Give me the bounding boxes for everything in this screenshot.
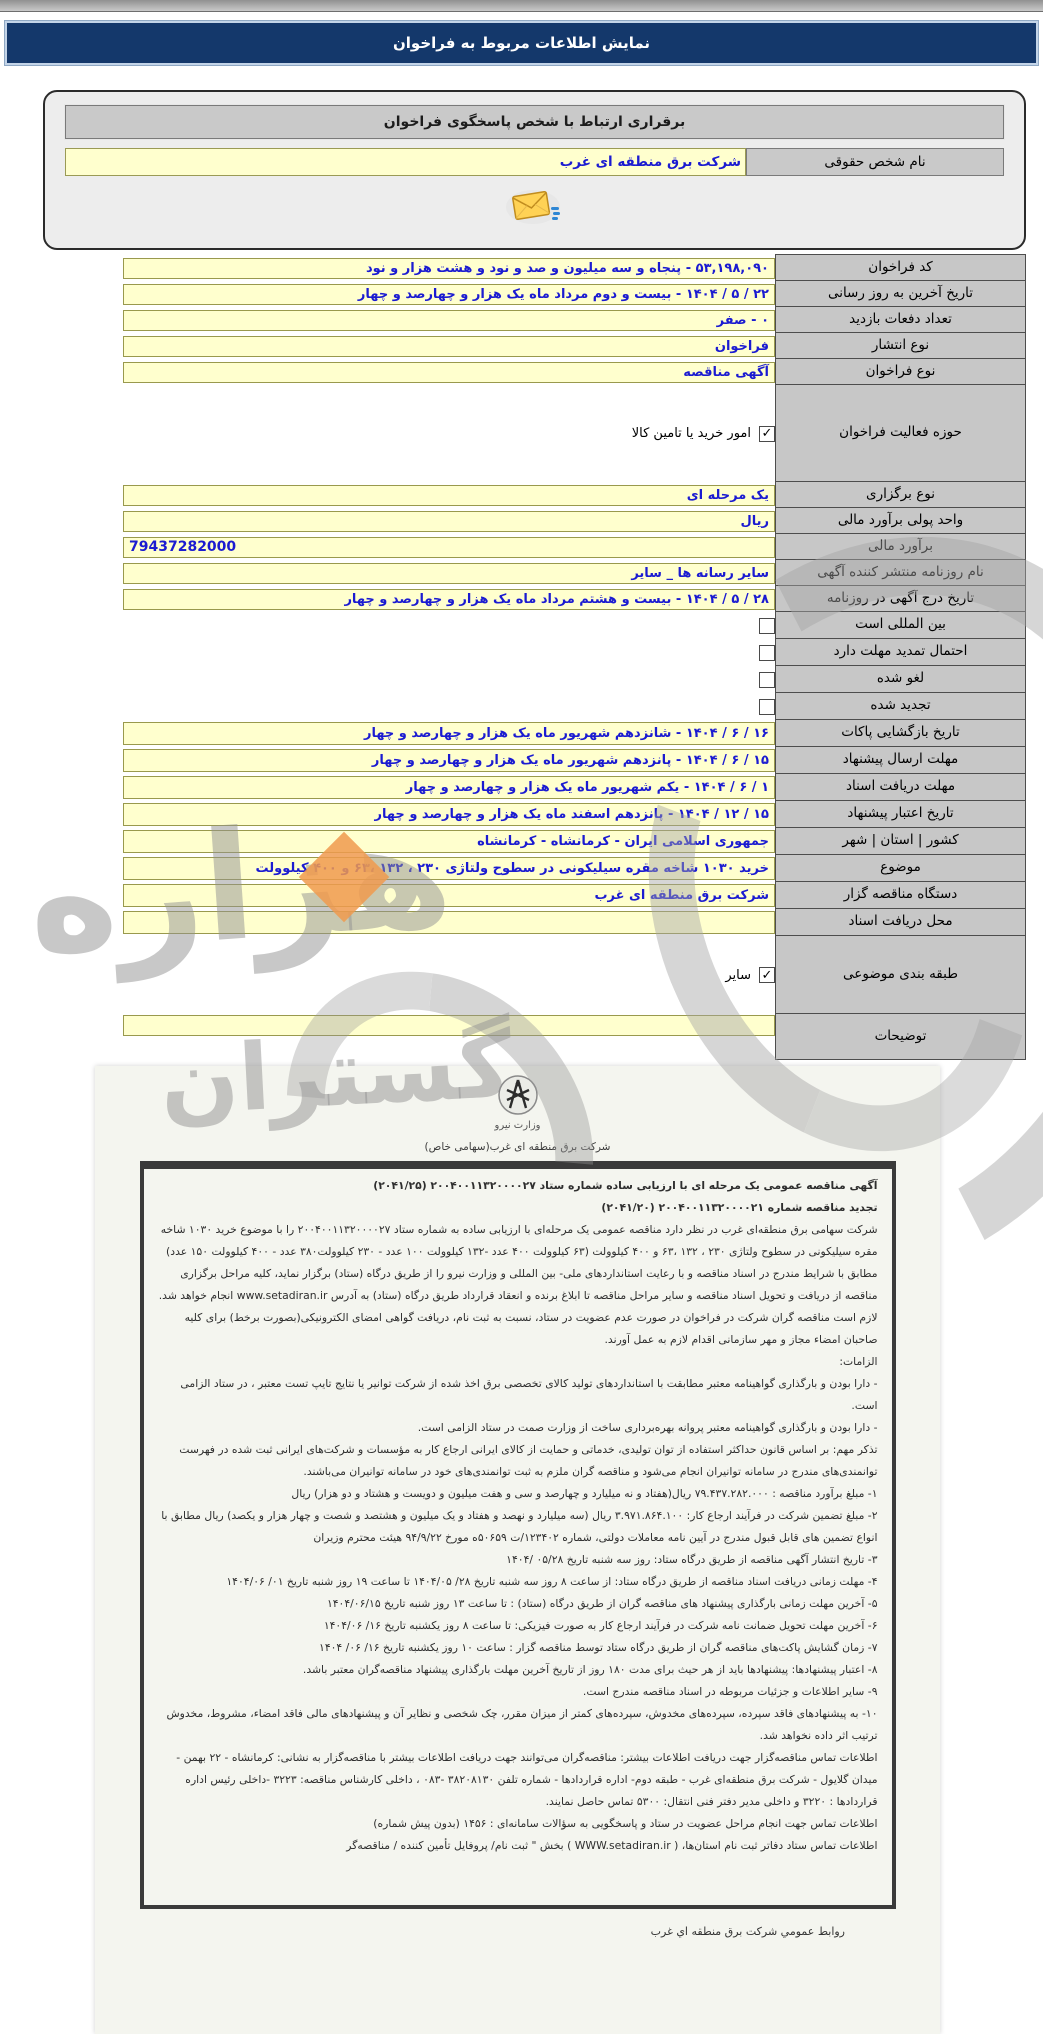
opening-date-label: تاریخ بازگشایی پاکات [775,719,1026,747]
call-info-table: کد فراخوان۵۳,۱۹۸,۰۹۰ - پنجاه و سه میلیون… [123,255,1026,1060]
international-label: بین المللی است [775,611,1026,639]
category-checkbox[interactable]: ✓ [759,967,775,983]
legal-name-row: نام شخص حقوقی شرکت برق منطقه ای غرب [65,148,1004,176]
stage-type-label: نوع برگزاری [775,481,1026,508]
announcement-paragraph: تذکر مهم: بر اساس قانون حداکثر استفاده ا… [158,1439,878,1483]
company-name: شرکت برق منطقه ای غرب(سهامی خاص) [95,1141,940,1153]
announcement-title-line2: تجدید مناقصه شماره ۲۰۰۴۰۰۱۱۳۲۰۰۰۰۲۱ (۲۰۴… [158,1197,878,1219]
row-renewed: تجدید شده [123,693,1026,720]
announcement-box: آگهی مناقصه عمومی یک مرحله ای با ارزیابی… [140,1161,896,1909]
ministry-of-energy-logo-icon [497,1074,539,1116]
row-extension-possible: احتمال تمدید مهلت دارد [123,639,1026,666]
currency-label: واحد پولی برآورد مالی [775,507,1026,534]
row-docs-place: محل دریافت اسناد [123,909,1026,936]
docs-place-value [123,911,775,934]
opening-date-value: ۱۶ / ۶ / ۱۴۰۴ - شانزدهم شهریور ماه یک هز… [123,722,775,745]
announcement-paragraph: ۷- زمان گشایش پاکت‌های مناقصه گران از طر… [158,1637,878,1659]
estimate-label: برآورد مالی [775,533,1026,560]
announcement-paragraph: اطلاعات تماس ستاد دفاتر ثبت نام استان‌ها… [158,1835,878,1857]
contact-panel-header: برقراری ارتباط با شخص پاسخگوی فراخوان [65,105,1004,139]
row-subject: موضوعخرید ۱۰۳۰ شاخه مقره سیلیکونی در سطو… [123,855,1026,882]
activity-area-checkbox[interactable]: ✓ [759,426,775,442]
row-notes: توضیحات [123,1014,1026,1060]
docs-place-label: محل دریافت اسناد [775,908,1026,936]
announcement-paragraph: لازم است مناقصه گران شرکت در فراخوان در … [158,1307,878,1351]
row-activity-area: حوزه فعالیت فراخوان ✓ امور خرید یا تامین… [123,385,1026,482]
location-label: کشور | استان | شهر [775,827,1026,855]
subject-label: موضوع [775,854,1026,882]
subject-value: خرید ۱۰۳۰ شاخه مقره سیلیکونی در سطوح ولت… [123,857,775,880]
location-value: جمهوری اسلامی ایران - کرمانشاه - کرمانشا… [123,830,775,853]
row-estimate: برآورد مالی79437282000 [123,534,1026,560]
page-title: نمایش اطلاعات مربوط به فراخوان [5,21,1038,65]
announcement-paragraph: - دارا بودن و بارگذاری گواهینامه معتبر پ… [158,1417,878,1439]
announcement-paragraph: - دارا بودن و بارگذاری گواهینامه معتبر م… [158,1373,878,1417]
contact-panel: برقراری ارتباط با شخص پاسخگوی فراخوان نا… [43,90,1026,250]
row-currency: واحد پولی برآورد مالیریال [123,508,1026,534]
newspaper-date-value: ۲۸ / ۵ / ۱۴۰۴ - بیست و هشتم مرداد ماه یک… [123,589,775,610]
announcement-paragraph: اطلاعات تماس مناقصه‌گزار جهت دریافت اطلا… [158,1747,878,1813]
document-footer: روابط عمومي شركت برق منطقه اي غرب [95,1909,940,1938]
docs-deadline-value: ۱ / ۶ / ۱۴۰۴ - یکم شهریور ماه یک هزار و … [123,776,775,799]
last-update-label: تاریخ آخرین به روز رسانی [775,280,1026,307]
row-international: بین المللی است [123,612,1026,639]
publish-type-label: نوع انتشار [775,332,1026,359]
row-newspaper-date: تاریخ درج آگهی در روزنامه۲۸ / ۵ / ۱۴۰۴ -… [123,586,1026,612]
announcement-paragraph: ۱- مبلغ برآورد مناقصه : ۷۹.۴۳۷.۲۸۲.۰۰۰ ر… [158,1483,878,1505]
row-newspaper: نام روزنامه منتشر کننده آگهیسایر رسانه ه… [123,560,1026,586]
submit-deadline-label: مهلت ارسال پیشنهاد [775,746,1026,774]
renewed-checkbox[interactable] [759,699,775,715]
notes-value [123,1015,775,1036]
announcement-paragraph: شرکت سهامی برق منطقه‌ای غرب در نظر دارد … [158,1219,878,1307]
stage-type-value: یک مرحله ای [123,485,775,506]
public-relations-signature: روابط عمومي شركت برق منطقه اي غرب [651,1925,845,1938]
newspaper-date-label: تاریخ درج آگهی در روزنامه [775,585,1026,612]
announcement-paragraph: ۴- مهلت زمانی دریافت اسناد مناقصه از طری… [158,1571,878,1593]
contact-panel-title: برقراری ارتباط با شخص پاسخگوی فراخوان [384,114,685,130]
announcement-paragraph: ۲- مبلغ تضمین شرکت در فرآیند ارجاع کار: … [158,1505,878,1549]
announcement-paragraph: ۸- اعتبار پیشنهادها: پیشنهادها باید از ه… [158,1659,878,1681]
bid-validity-label: تاریخ اعتبار پیشنهاد [775,800,1026,828]
row-location: کشور | استان | شهرجمهوری اسلامی ایران - … [123,828,1026,855]
row-visit-count: تعداد دفعات بازدید۰ - صفر [123,307,1026,333]
announcement-paragraph: ۳- تاریخ انتشار آگهی مناقصه از طریق درگا… [158,1549,878,1571]
document-header: وزارت نیرو شرکت برق منطقه ای غرب(سهامی خ… [95,1066,940,1153]
international-checkbox[interactable] [759,618,775,634]
agency-value: شرکت برق منطقه ای غرب [123,884,775,907]
submit-deadline-value: ۱۵ / ۶ / ۱۴۰۴ - پانزدهم شهریور ماه یک هز… [123,749,775,772]
row-opening-date: تاریخ بازگشایی پاکات۱۶ / ۶ / ۱۴۰۴ - شانز… [123,720,1026,747]
announcement-paragraph: اطلاعات تماس جهت انجام مراحل عضویت در ست… [158,1813,878,1835]
announcement-paragraph: ۶- آخرین مهلت تحویل ضمانت نامه شرکت در ف… [158,1615,878,1637]
row-bid-validity: تاریخ اعتبار پیشنهاد۱۵ / ۱۲ / ۱۴۰۴ - پان… [123,801,1026,828]
activity-area-label: حوزه فعالیت فراخوان [775,384,1026,482]
category-checkbox-label: سایر [725,968,751,983]
last-update-value: ۲۲ / ۵ / ۱۴۰۴ - بیست و دوم مرداد ماه یک … [123,284,775,305]
ministry-name: وزارت نیرو [95,1120,940,1131]
row-category: طبقه بندی موضوعی ✓ سایر [123,936,1026,1014]
newspaper-label: نام روزنامه منتشر کننده آگهی [775,559,1026,586]
call-code-value: ۵۳,۱۹۸,۰۹۰ - پنجاه و سه میلیون و صد و نو… [123,258,775,279]
call-type-value: آگهی مناقصه [123,362,775,383]
row-last-update: تاریخ آخرین به روز رسانی۲۲ / ۵ / ۱۴۰۴ - … [123,281,1026,307]
announcement-paragraph: الزامات: [158,1351,878,1373]
row-docs-deadline: مهلت دریافت اسناد۱ / ۶ / ۱۴۰۴ - یکم شهری… [123,774,1026,801]
row-call-type: نوع فراخوانآگهی مناقصه [123,359,1026,385]
estimate-value: 79437282000 [123,537,775,558]
publish-type-value: فراخوان [123,336,775,357]
legal-name-value: شرکت برق منطقه ای غرب [65,148,746,176]
send-email-icon[interactable] [503,181,567,231]
notes-label: توضیحات [775,1013,1026,1060]
announcement-paragraph: ۹- سایر اطلاعات و جزئیات مربوطه در اسناد… [158,1681,878,1703]
row-submit-deadline: مهلت ارسال پیشنهاد۱۵ / ۶ / ۱۴۰۴ - پانزده… [123,747,1026,774]
activity-area-checkbox-label: امور خرید یا تامین کالا [632,426,751,441]
tender-document-scan: وزارت نیرو شرکت برق منطقه ای غرب(سهامی خ… [95,1066,940,2034]
row-call-code: کد فراخوان۵۳,۱۹۸,۰۹۰ - پنجاه و سه میلیون… [123,255,1026,281]
page-title-text: نمایش اطلاعات مربوط به فراخوان [393,34,650,52]
agency-label: دستگاه مناقصه گزار [775,881,1026,909]
extension-possible-label: احتمال تمدید مهلت دارد [775,638,1026,666]
cancelled-checkbox[interactable] [759,672,775,688]
row-stage-type: نوع برگزارییک مرحله ای [123,482,1026,508]
docs-deadline-label: مهلت دریافت اسناد [775,773,1026,801]
category-label: طبقه بندی موضوعی [775,935,1026,1014]
renewed-label: تجدید شده [775,692,1026,720]
call-type-label: نوع فراخوان [775,358,1026,385]
announcement-paragraph: ۵- آخرین مهلت زمانی بارگذاری پیشنهاد های… [158,1593,878,1615]
call-code-label: کد فراخوان [775,254,1026,281]
row-publish-type: نوع انتشارفراخوان [123,333,1026,359]
announcement-title-line1: آگهی مناقصه عمومی یک مرحله ای با ارزیابی… [158,1175,878,1197]
extension-possible-checkbox[interactable] [759,645,775,661]
row-agency: دستگاه مناقصه گزارشرکت برق منطقه ای غرب [123,882,1026,909]
page: { "header": { "title": "نمایش اطلاعات مر… [0,0,1043,2034]
row-cancelled: لغو شده [123,666,1026,693]
bid-validity-value: ۱۵ / ۱۲ / ۱۴۰۴ - پانزدهم اسفند ماه یک هز… [123,803,775,826]
visit-count-value: ۰ - صفر [123,310,775,331]
visit-count-label: تعداد دفعات بازدید [775,306,1026,333]
newspaper-value: سایر رسانه ها _ سایر [123,563,775,584]
cancelled-label: لغو شده [775,665,1026,693]
currency-value: ریال [123,511,775,532]
legal-name-label: نام شخص حقوقی [746,148,1004,176]
announcement-paragraph: ۱۰- به پیشنهادهای فاقد سپرده، سپرده‌های … [158,1703,878,1747]
window-top-strip [0,0,1043,12]
